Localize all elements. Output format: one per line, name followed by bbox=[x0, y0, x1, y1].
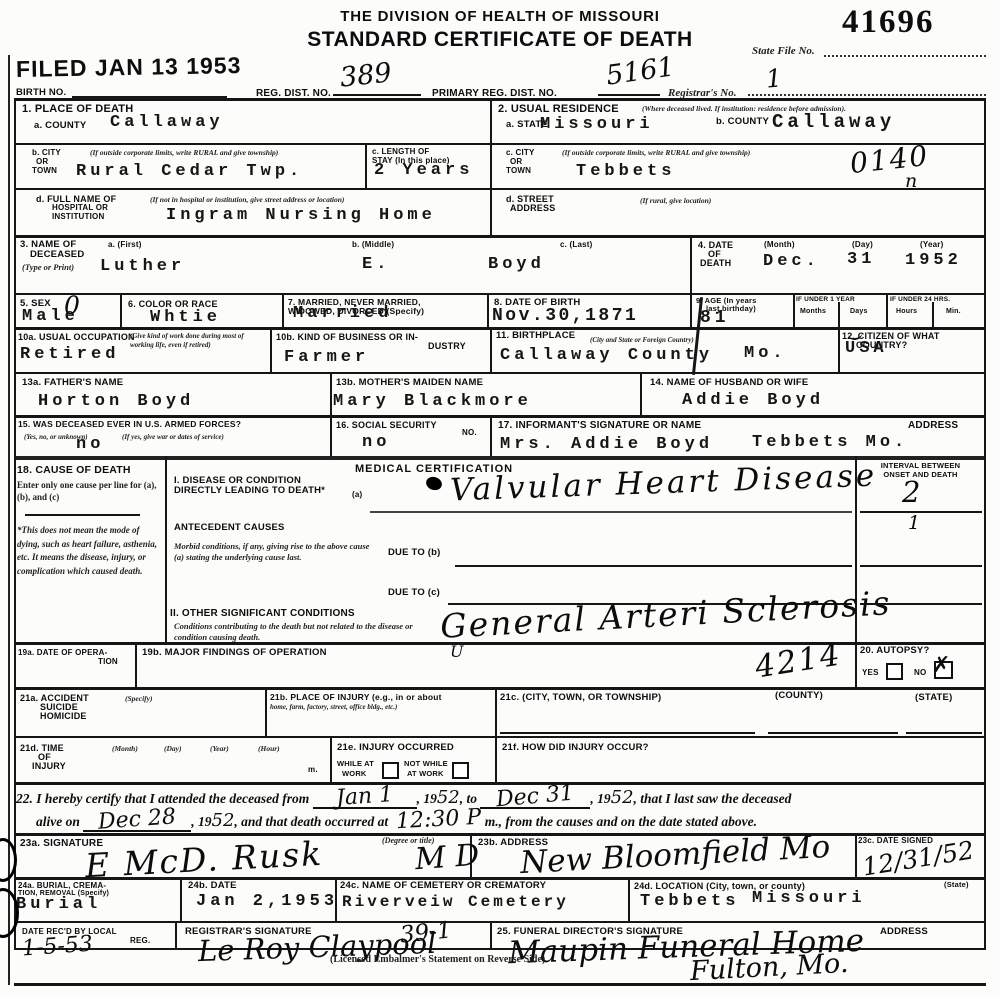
rule bbox=[14, 188, 986, 190]
age-value: 81 bbox=[700, 309, 730, 327]
rule bbox=[14, 687, 986, 690]
rule bbox=[855, 833, 857, 878]
embalmer-note: (Licensed Embalmer's Statement on Revers… bbox=[330, 953, 545, 966]
date-of-operation-label-2: TION bbox=[98, 657, 118, 666]
injury-blank-line bbox=[500, 732, 755, 734]
reg-dist-line bbox=[333, 94, 421, 96]
certify-text: , 19 bbox=[191, 814, 211, 829]
rule bbox=[330, 415, 332, 457]
race-value: Whtie bbox=[150, 309, 221, 326]
rule bbox=[690, 235, 692, 294]
registrar-code-handwritten: 39-1 bbox=[399, 919, 453, 947]
if-under-1-year-label: IF UNDER 1 YEAR bbox=[796, 296, 855, 303]
rule bbox=[495, 687, 497, 737]
due-to-c-label: DUE TO (c) bbox=[388, 588, 440, 599]
dod-year-label: (Year) bbox=[920, 240, 943, 249]
while-at-work-label-2: WORK bbox=[342, 770, 367, 779]
findings-handwritten: 4214 bbox=[753, 639, 844, 683]
interval-mark: 1 bbox=[908, 514, 920, 533]
occupation-note: (Give kind of work done during most of w… bbox=[130, 332, 265, 350]
institution-value: Ingram Nursing Home bbox=[166, 207, 436, 224]
rule bbox=[14, 833, 986, 836]
physician-signature: E McD. Rusk bbox=[84, 837, 324, 882]
armed-forces-note2: (If yes, give war or dates of service) bbox=[122, 433, 224, 442]
autopsy-yes-label: YES bbox=[862, 668, 879, 677]
date-recd-label-2: REG. bbox=[130, 936, 150, 945]
accident-specify-note: (Specify) bbox=[125, 694, 152, 704]
certify-text: , that I last saw the deceased bbox=[634, 791, 792, 806]
injury-blank-line bbox=[768, 732, 898, 734]
rule bbox=[270, 327, 272, 373]
city-label: TOWN bbox=[32, 166, 57, 175]
residence-city-label: c. CITY bbox=[506, 148, 535, 157]
certify-text: , to bbox=[460, 791, 477, 806]
cause-a-handwritten: Valvular Heart Disease bbox=[450, 461, 878, 507]
informant-label: 17. INFORMANT'S SIGNATURE OR NAME bbox=[498, 420, 701, 432]
burial-location-state-value: Missouri bbox=[752, 890, 866, 907]
rule bbox=[135, 642, 137, 688]
length-of-stay-label: c. LENGTH OF bbox=[372, 147, 430, 156]
certify-alive-handwritten: Dec 28 bbox=[98, 810, 177, 829]
certify-year2-handwritten: 52 bbox=[611, 793, 634, 804]
rule bbox=[490, 327, 492, 373]
agency-title: THE DIVISION OF HEALTH OF MISSOURI bbox=[280, 8, 720, 25]
due-to-b-label: DUE TO (b) bbox=[388, 548, 441, 559]
certificate-number: 41696 bbox=[842, 4, 935, 42]
antecedent-label: ANTECEDENT CAUSES bbox=[174, 523, 285, 534]
injury-blank-line bbox=[906, 732, 982, 734]
rule bbox=[886, 293, 888, 328]
certify-text: , and that death occurred at bbox=[234, 814, 388, 829]
ink-blot bbox=[424, 475, 443, 492]
form-title: STANDARD CERTIFICATE OF DEATH bbox=[280, 28, 720, 52]
rule bbox=[838, 302, 840, 328]
name-of-deceased-note: (Type or Print) bbox=[22, 262, 74, 273]
rule bbox=[14, 415, 986, 418]
spouse-name-label: 14. NAME OF HUSBAND OR WIFE bbox=[650, 378, 808, 389]
usual-residence-title: 2. USUAL RESIDENCE bbox=[498, 103, 619, 116]
date-of-death-label: DEATH bbox=[700, 258, 731, 268]
rule bbox=[793, 293, 795, 328]
min-label: Min. bbox=[946, 308, 961, 316]
autopsy-yes-checkbox bbox=[886, 663, 903, 680]
degree-or-title-note: (Degree or title) bbox=[382, 836, 434, 846]
not-while-label: NOT WHILE bbox=[404, 760, 448, 769]
cause-instruction-1: Enter only one cause per line for (a), (… bbox=[17, 480, 157, 503]
residence-city-value: Tebbets bbox=[576, 163, 675, 180]
interval-line-2 bbox=[860, 565, 982, 567]
residence-county-label: b. COUNTY bbox=[716, 117, 769, 128]
interval-handwritten: 2 bbox=[902, 478, 920, 507]
rule bbox=[14, 372, 986, 374]
date-of-operation-label: 19a. DATE OF OPERA- bbox=[18, 648, 107, 657]
burial-location-value: Tebbets bbox=[640, 893, 739, 910]
time-of-injury-label-3: INJURY bbox=[32, 761, 66, 771]
while-at-work-checkbox bbox=[382, 762, 399, 779]
informant-value: Mrs. Addie Boyd bbox=[500, 436, 713, 453]
primary-reg-dist-line bbox=[598, 94, 660, 96]
rule bbox=[14, 983, 986, 986]
not-while-label-2: AT WORK bbox=[407, 770, 444, 779]
not-while-checkbox bbox=[452, 762, 469, 779]
primary-reg-dist-value: 5161 bbox=[604, 53, 676, 89]
funeral-address-label: ADDRESS bbox=[880, 927, 928, 938]
rule bbox=[14, 143, 986, 145]
rule bbox=[838, 327, 840, 373]
dod-day-value: 31 bbox=[847, 251, 875, 268]
filed-stamp: FILED JAN 13 1953 bbox=[16, 52, 242, 82]
rule bbox=[330, 372, 332, 416]
ssn-label: 16. SOCIAL SECURITY bbox=[336, 420, 437, 430]
father-name-label: 13a. FATHER'S NAME bbox=[22, 378, 123, 389]
city-value: Rural Cedar Twp. bbox=[76, 163, 303, 180]
rule bbox=[495, 736, 497, 783]
occupation-label: 10a. USUAL OCCUPATION bbox=[18, 332, 135, 342]
months-label: Months bbox=[800, 308, 826, 316]
certify-time-handwritten: 12:30 P bbox=[395, 811, 481, 829]
first-name-label: a. (First) bbox=[108, 240, 142, 249]
other-conditions-label: II. OTHER SIGNIFICANT CONDITIONS bbox=[170, 608, 355, 620]
injury-m-label: m. bbox=[308, 765, 318, 774]
injury-occurred-label: 21e. INJURY OCCURRED bbox=[337, 743, 454, 754]
disease-a-label: (a) bbox=[352, 490, 362, 499]
rule bbox=[628, 877, 630, 922]
burial-date-label: 24b. DATE bbox=[188, 881, 237, 892]
injury-hour-label: (Hour) bbox=[258, 744, 280, 754]
certify-text: , 19 bbox=[417, 791, 437, 806]
autopsy-no-checkmark: ✗ bbox=[932, 655, 950, 677]
rule bbox=[180, 877, 182, 922]
other-conditions-note: Conditions contributing to the death but… bbox=[174, 621, 414, 643]
residence-state-value: Missouri bbox=[540, 116, 654, 133]
last-name-value: Boyd bbox=[488, 256, 545, 273]
county-value: Callaway bbox=[110, 114, 224, 131]
if-under-24-hrs-label: IF UNDER 24 HRS. bbox=[890, 296, 950, 303]
industry-value: Farmer bbox=[284, 349, 369, 366]
rule bbox=[855, 642, 857, 688]
institution-label: INSTITUTION bbox=[52, 212, 104, 221]
injury-year-label: (Year) bbox=[210, 744, 229, 754]
state-file-no-line bbox=[824, 55, 986, 57]
rule bbox=[490, 98, 492, 236]
cause-a-line bbox=[370, 511, 852, 513]
rule bbox=[14, 98, 986, 101]
ssn-no-label: NO. bbox=[462, 428, 477, 437]
while-at-work-label: WHILE AT bbox=[337, 760, 374, 769]
injury-city-label: 21c. (CITY, TOWN, OR TOWNSHIP) bbox=[500, 693, 661, 704]
father-name-value: Horton Boyd bbox=[38, 393, 194, 410]
spouse-name-value: Addie Boyd bbox=[682, 392, 824, 409]
mother-name-label: 13b. MOTHER'S MAIDEN NAME bbox=[336, 378, 483, 389]
street-address-note: (If rural, give location) bbox=[640, 196, 711, 206]
injury-county-label: (COUNTY) bbox=[775, 691, 823, 702]
birthplace-state-value: Mo. bbox=[744, 345, 787, 362]
rule bbox=[490, 921, 492, 949]
middle-name-value: E. bbox=[362, 256, 390, 273]
interval-line-1 bbox=[860, 511, 982, 513]
interval-label-2: ONSET AND DEATH bbox=[858, 471, 983, 480]
residence-county-value: Callaway bbox=[772, 113, 895, 132]
mother-name-value: Mary Blackmore bbox=[333, 393, 532, 410]
last-name-label: c. (Last) bbox=[560, 240, 592, 249]
cause-divider bbox=[25, 514, 140, 516]
dod-day-label: (Day) bbox=[852, 240, 873, 249]
rule bbox=[120, 293, 122, 328]
birthplace-label: 11. BIRTHPLACE bbox=[496, 331, 575, 342]
rule bbox=[14, 736, 986, 738]
rule bbox=[365, 143, 367, 189]
findings-stray-mark: U bbox=[450, 644, 463, 660]
place-of-injury-label: 21b. PLACE OF INJURY (e.g., in or about bbox=[270, 693, 442, 703]
rule bbox=[165, 456, 167, 643]
reg-dist-value: 389 bbox=[339, 59, 393, 91]
funeral-city-handwritten: Fulton, Mo. bbox=[689, 950, 849, 985]
city-label: b. CITY bbox=[32, 148, 61, 157]
citizen-value: USA bbox=[845, 340, 888, 357]
hours-label: Hours bbox=[896, 308, 917, 316]
rule bbox=[14, 235, 986, 238]
interval-line-3 bbox=[860, 603, 982, 605]
cemetery-value: Riverveiw Cemetery bbox=[342, 894, 569, 910]
industry-label-2: DUSTRY bbox=[428, 341, 466, 351]
rule bbox=[932, 302, 934, 328]
sex-handwritten-mark: 0 bbox=[64, 293, 80, 318]
injury-state-label: (STATE) bbox=[915, 693, 952, 704]
burial-type-label: 24a. BURIAL, CREMA- bbox=[18, 881, 106, 890]
residence-city-note: (If outside corporate limits, write RURA… bbox=[562, 148, 852, 158]
city-note: (If outside corporate limits, write RURA… bbox=[90, 148, 340, 158]
rule bbox=[490, 415, 492, 457]
days-label: Days bbox=[850, 308, 868, 316]
occupation-value: Retired bbox=[20, 346, 119, 363]
certify-text: alive on bbox=[36, 814, 80, 829]
dod-month-label: (Month) bbox=[764, 240, 795, 249]
autopsy-no-label: NO bbox=[914, 668, 926, 677]
certify-text: m., from the causes and on the date stat… bbox=[485, 814, 757, 829]
cause-of-death-title: 18. CAUSE OF DEATH bbox=[17, 464, 131, 476]
institution-label: HOSPITAL OR bbox=[52, 203, 108, 212]
autopsy-label: 20. AUTOPSY? bbox=[860, 646, 929, 657]
city-label: OR bbox=[36, 157, 48, 166]
other-conditions-handwritten: General Arteri Sclerosis bbox=[439, 586, 892, 643]
certify-year3-handwritten: 52 bbox=[212, 816, 235, 827]
street-address-label: ADDRESS bbox=[510, 203, 555, 213]
informant-address-value: Tebbets Mo. bbox=[752, 434, 908, 451]
cause-instruction-2: *This does not mean the mode of dying, s… bbox=[17, 524, 159, 578]
rule bbox=[487, 293, 489, 328]
rule bbox=[330, 736, 332, 783]
first-name-value: Luther bbox=[100, 258, 185, 275]
armed-forces-label: 15. WAS DECEASED EVER IN U.S. ARMED FORC… bbox=[18, 420, 241, 430]
due-to-b-line bbox=[455, 565, 852, 567]
burial-date-value: Jan 2,1953 bbox=[196, 893, 338, 910]
dod-month-value: Dec. bbox=[763, 253, 820, 270]
rule bbox=[14, 98, 16, 950]
middle-name-label: b. (Middle) bbox=[352, 240, 394, 249]
residence-code-handwritten: 0140 bbox=[849, 142, 931, 178]
rule bbox=[14, 782, 986, 785]
certify-to-handwritten: Dec 31 bbox=[496, 787, 575, 807]
certify-text: 22. I hereby certify that I attended the… bbox=[16, 791, 309, 806]
certify-from-handwritten: Jan 1 bbox=[336, 788, 394, 805]
rule bbox=[640, 372, 642, 416]
marital-value: Married bbox=[293, 305, 392, 322]
place-of-injury-note: home, farm, factory, street, office bldg… bbox=[270, 703, 397, 712]
name-of-deceased-label: DECEASED bbox=[30, 250, 84, 261]
death-certificate-scan: THE DIVISION OF HEALTH OF MISSOURI STAND… bbox=[0, 0, 1000, 996]
registrar-no-value: 1 bbox=[765, 65, 783, 91]
rule bbox=[175, 921, 177, 949]
cemetery-label: 24c. NAME OF CEMETERY OR CREMATORY bbox=[340, 881, 546, 892]
rule bbox=[282, 293, 284, 328]
signature-address-handwritten: New Bloomfield Mo bbox=[519, 832, 831, 879]
industry-label: 10b. KIND OF BUSINESS OR IN- bbox=[276, 332, 418, 342]
date-recd-handwritten: 1-5-53 bbox=[21, 934, 93, 961]
institution-note: (If not in hospital or institution, give… bbox=[150, 195, 480, 205]
registrar-no-line bbox=[748, 94, 986, 96]
dod-year-value: 1952 bbox=[905, 252, 962, 269]
certify-line-2: alive on Dec 28, 1952, and that death oc… bbox=[36, 813, 757, 832]
certify-text: , 19 bbox=[590, 791, 610, 806]
residence-code-mark: n bbox=[905, 172, 917, 191]
accident-label-3: HOMICIDE bbox=[40, 711, 87, 721]
dob-value: Nov.30,1871 bbox=[492, 307, 638, 325]
major-findings-label: 19b. MAJOR FINDINGS OF OPERATION bbox=[142, 648, 327, 659]
residence-city-label: OR bbox=[510, 157, 522, 166]
burial-type-value: Burial bbox=[16, 896, 101, 913]
injury-month-label: (Month) bbox=[112, 744, 138, 754]
rule bbox=[984, 98, 986, 950]
residence-city-label: TOWN bbox=[506, 166, 531, 175]
birthplace-value: Callaway County bbox=[500, 347, 713, 364]
state-file-no-label: State File No. bbox=[752, 44, 815, 58]
burial-location-state-label: (State) bbox=[944, 881, 969, 890]
length-of-stay-value: 2 Years bbox=[374, 162, 473, 179]
injury-day-label: (Day) bbox=[164, 744, 182, 754]
morbid-note: Morbid conditions, if any, giving rise t… bbox=[174, 541, 379, 563]
rule bbox=[690, 293, 692, 328]
rule bbox=[265, 687, 267, 737]
disease-label-2: DIRECTLY LEADING TO DEATH* bbox=[174, 486, 325, 497]
county-label: a. COUNTY bbox=[34, 121, 86, 132]
informant-address-label: ADDRESS bbox=[908, 420, 958, 432]
certify-year1-handwritten: 52 bbox=[437, 793, 460, 804]
armed-forces-value: no bbox=[76, 436, 104, 453]
how-injury-label: 21f. HOW DID INJURY OCCUR? bbox=[502, 743, 649, 754]
ssn-value: no bbox=[362, 434, 390, 451]
rule bbox=[14, 293, 986, 295]
